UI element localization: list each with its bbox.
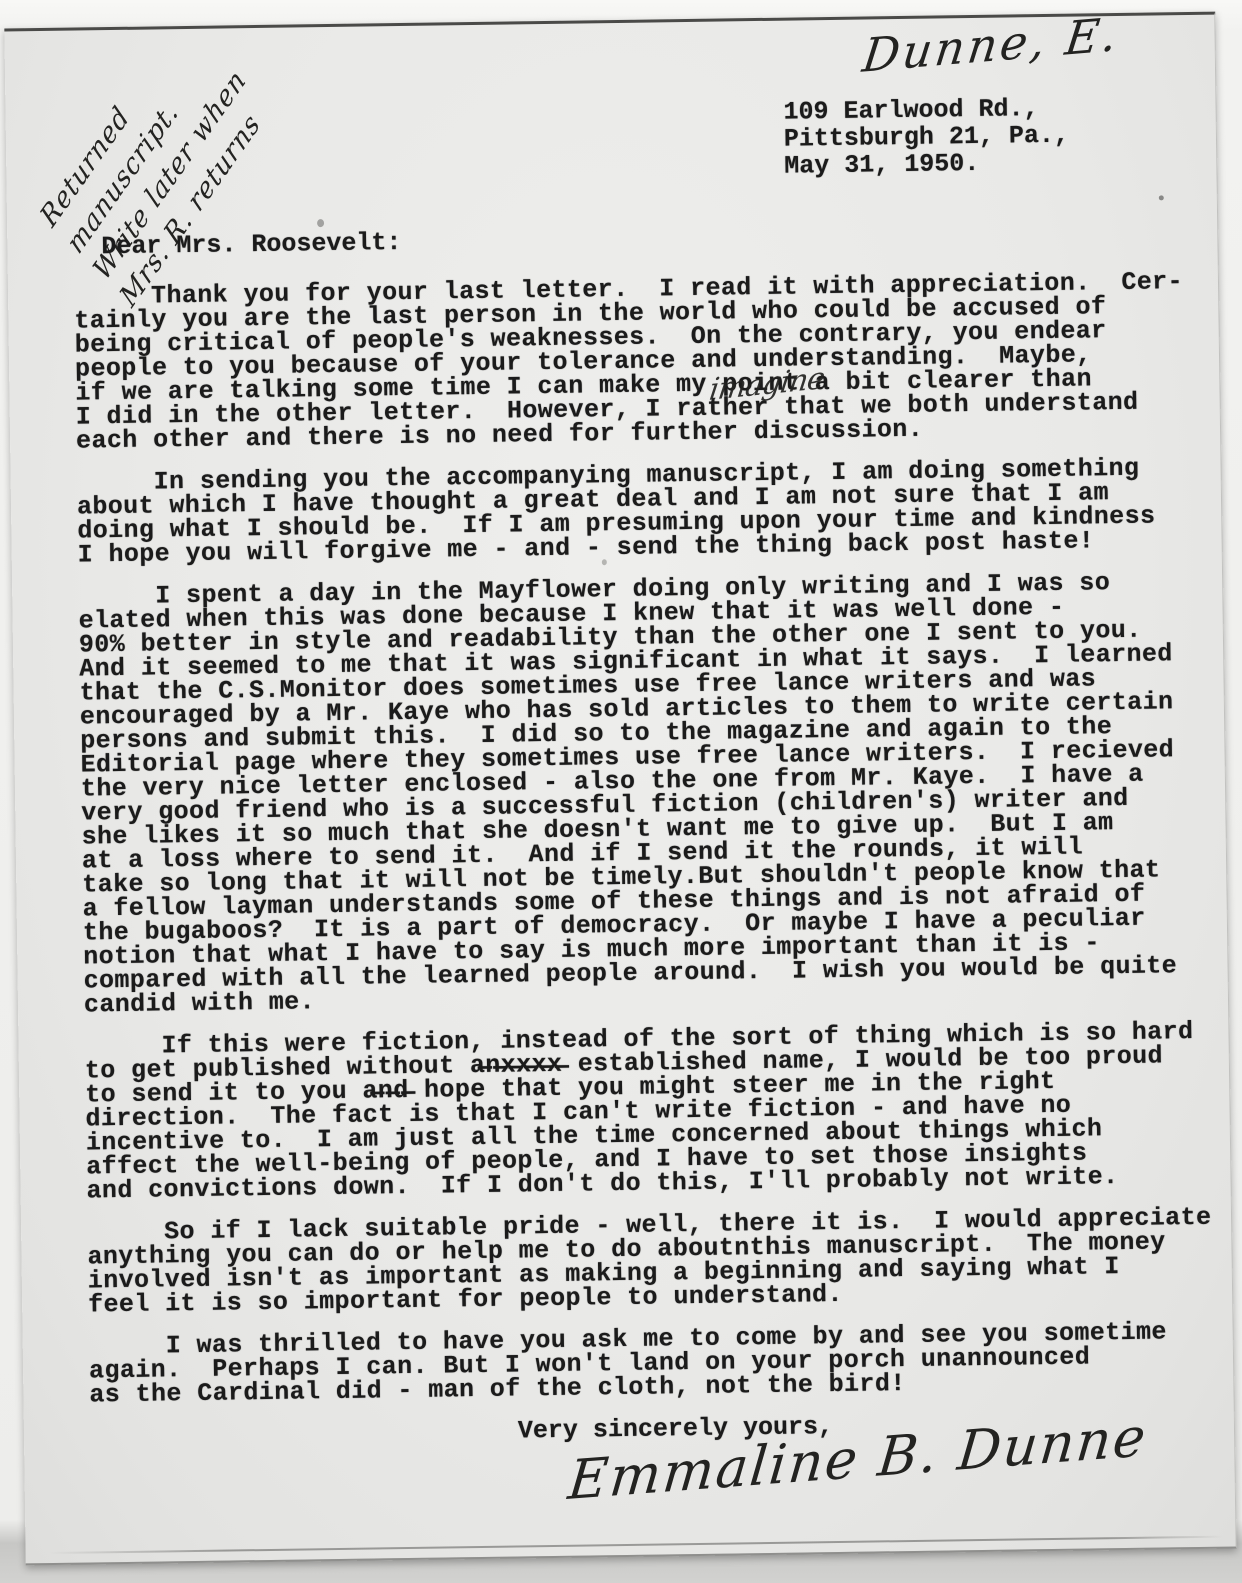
paragraph-6: I was thrilled to have you ask me to com… [89,1320,1214,1408]
paragraph-1: Thank you for your last letter. I read i… [74,270,1200,454]
paragraph-2: In sending you the accompanying manuscri… [77,456,1202,568]
paragraph-4: If this were fiction, instead of the sor… [84,1020,1210,1204]
sender-address-block: 109 Earlwood Rd., Pittsburgh 21, Pa., Ma… [783,93,1196,180]
salutation: Dear Mrs. Roosevelt: [101,220,1197,259]
scan-speck [1159,195,1164,200]
scan-speck [317,219,324,227]
paragraph-5: So if I lack suitable pride - well, ther… [87,1206,1212,1318]
letter-paper: Returned manuscript. Write later when Mr… [4,12,1236,1566]
scan-speck [602,559,607,565]
paragraph-3: I spent a day in the Mayflower doing onl… [78,570,1208,1018]
letter-content: 109 Earlwood Rd., Pittsburgh 21, Pa., Ma… [4,15,1235,1564]
